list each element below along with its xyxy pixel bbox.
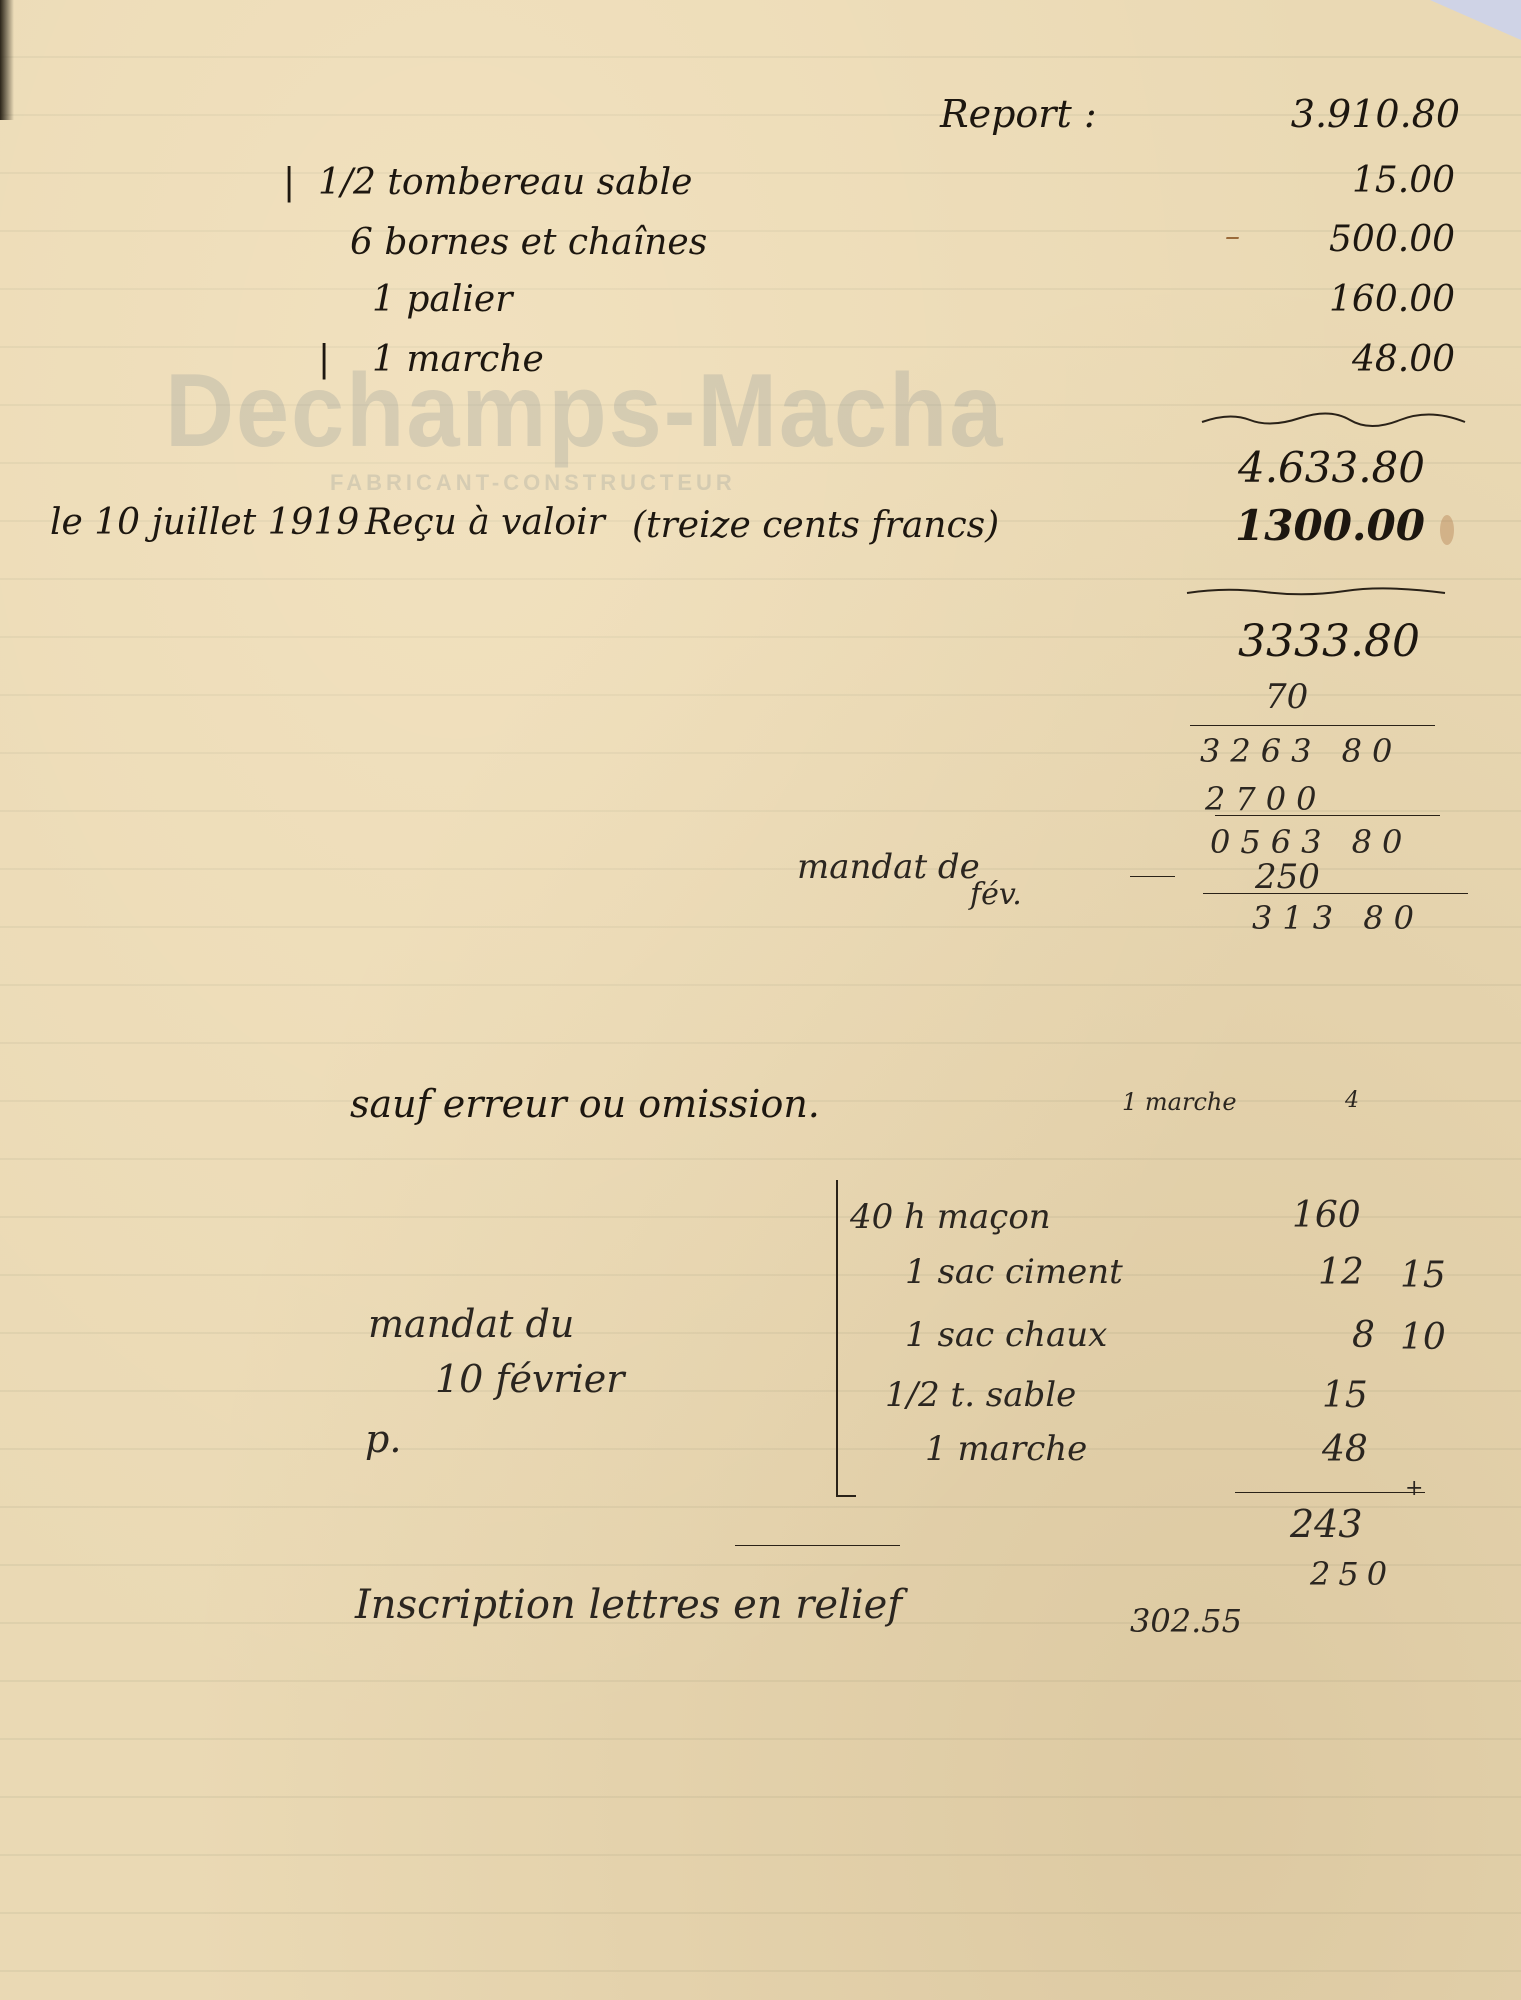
mandat-label-line-2: 10 février [435, 1360, 624, 1398]
payment-label: Reçu à valoir [365, 505, 605, 541]
mandat-label-line-3: p. [365, 1420, 401, 1458]
payment-date: le 10 juillet 1919 [50, 505, 359, 541]
mandat-item-4-description: 1/2 t. sable [885, 1378, 1076, 1412]
mandat-item-2-extra: 15 [1400, 1258, 1446, 1294]
paper-sheet: Dechamps-Macha FABRICANT-CONSTRUCTEUR Re… [0, 0, 1521, 2000]
payment-in-words: (treize cents francs) [632, 508, 999, 544]
calc-line-6: 313 80 [1252, 902, 1424, 934]
mandat-plus-sign: + [1405, 1478, 1423, 1500]
inscription-text: Inscription lettres en relief [355, 1585, 902, 1625]
report-amount: 3.910.80 [1220, 95, 1460, 133]
mandat-sum-rule [1235, 1492, 1425, 1493]
calc-line-5: 250 [1255, 860, 1320, 894]
calc-rule-3 [1203, 893, 1468, 894]
ghost-letterhead-name: Dechamps-Macha [165, 352, 1004, 471]
mandat-item-5-amount: 48 [1322, 1432, 1368, 1468]
balance-amount: 3333.80 [1180, 620, 1420, 664]
inscription-amount: 302.55 [1130, 1605, 1242, 1637]
mandat-label-line-1: mandat du [368, 1305, 574, 1343]
item-2-description: 6 bornes et chaînes [350, 225, 707, 261]
item-2-amount: 500.00 [1215, 222, 1455, 258]
calc-minus-sign [1130, 876, 1175, 877]
report-label: Report : [940, 95, 1097, 133]
item-1-marker: | [283, 165, 295, 201]
mandat-total: 243 [1290, 1505, 1363, 1543]
corner-shadow [0, 0, 14, 120]
mandat-item-4-amount: 15 [1322, 1378, 1368, 1414]
pencil-note-text: 1 marche [1122, 1090, 1237, 1114]
closing-phrase: sauf erreur ou omission. [350, 1085, 820, 1123]
mandat-item-3-extra: 10 [1400, 1320, 1446, 1356]
calc-line-2: 3263 80 [1200, 735, 1402, 767]
sum-wave-line-1 [1200, 408, 1470, 428]
mandat-item-3-amount: 8 [1352, 1318, 1375, 1354]
pencil-note-value: 4 [1345, 1090, 1359, 1112]
inscription-overline [735, 1545, 900, 1546]
item-4-marker: | [318, 342, 330, 378]
mandat-item-3-description: 1 sac chaux [905, 1318, 1107, 1352]
mandat-bracket-foot [836, 1495, 856, 1497]
mandat-rounded: 250 [1310, 1558, 1395, 1590]
payment-amount: 1300.00 [1185, 505, 1425, 547]
ghost-letterhead-subtitle: FABRICANT-CONSTRUCTEUR [330, 470, 736, 496]
mandat-item-2-amount: 12 [1318, 1255, 1364, 1291]
mandat-bracket [836, 1180, 838, 1495]
calc-line-1: 70 [1265, 680, 1308, 714]
item-3-amount: 160.00 [1215, 282, 1455, 318]
mandat-item-1-description: 40 h maçon [850, 1200, 1051, 1234]
calc-note-line-1: mandat de [797, 850, 980, 884]
calc-note-line-2: fév. [970, 880, 1022, 910]
mandat-item-2-description: 1 sac ciment [905, 1255, 1123, 1289]
item-1-description: 1/2 tombereau sable [318, 165, 692, 201]
mandat-item-5-description: 1 marche [925, 1432, 1087, 1466]
sum-wave-line-2 [1185, 583, 1450, 599]
ink-stain [1440, 515, 1454, 545]
item-4-amount: 48.00 [1215, 342, 1455, 378]
calc-line-3: 2700 [1205, 783, 1326, 815]
subtotal-amount: 4.633.80 [1185, 447, 1425, 489]
calc-rule-1 [1190, 725, 1435, 726]
item-1-amount: 15.00 [1215, 163, 1455, 199]
item-3-description: 1 palier [372, 282, 512, 318]
calc-rule-2 [1215, 815, 1440, 816]
mandat-item-1-amount: 160 [1292, 1198, 1361, 1234]
calc-line-4: 0563 80 [1210, 826, 1412, 858]
item-4-description: 1 marche [372, 342, 544, 378]
